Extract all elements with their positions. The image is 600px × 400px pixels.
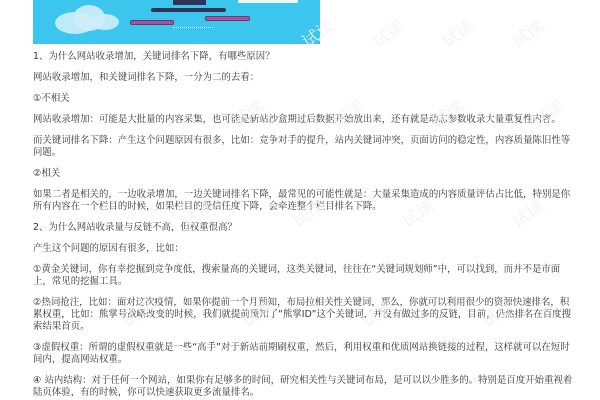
decorative-bar — [130, 20, 174, 25]
decorative-bar — [205, 16, 250, 21]
watermark-text: 试读 — [436, 13, 478, 53]
watermark-text: 试读 — [366, 13, 408, 53]
paragraph: 如果二者是相关的，一边收录增加，一边关键词排名下降，最常见的可能性就是：大量采集… — [33, 189, 578, 213]
paragraph: 产生这个问题的原因有很多，比如： — [33, 243, 578, 255]
cloud-shape — [91, 14, 119, 30]
paragraph: ①黄金关键词，你有幸挖掘到竞争度低，搜索量高的关键词，这类关键词，往往在“关键词… — [33, 264, 578, 288]
watermark-text: 试读 — [506, 13, 548, 53]
monitor-foot-icon — [151, 8, 226, 12]
paragraph: ④ 站内结构：对于任何一个网站，如果你有足够多的时间，研究相关性与关键词布局，是… — [33, 375, 578, 399]
paragraph: 而关键词排名下降：产生这个问题原因有很多，比如：竞争对手的提升，站内关键词冲突，… — [33, 135, 578, 159]
paragraph: 网站收录增加：可能是大批量的内容采集，也可能是新站沙盒期过后数据开始放出来，还有… — [33, 114, 578, 126]
article-banner-image — [33, 0, 320, 44]
dotted-line — [173, 27, 213, 28]
paragraph: 网站收录增加，和关键词排名下降，一分为二的去看： — [33, 72, 578, 84]
sub-heading: ②相关 — [33, 168, 578, 180]
article-body: 1、为什么网站收录增加，关键词排名下降，有哪些原因？ 网站收录增加，和关键词排名… — [33, 51, 578, 400]
screen-shape — [238, 0, 298, 3]
paragraph: ②热词抢注，比如：面对这次疫情，如果你提前一个月预知，布局拉相关性关键词，那么，… — [33, 297, 578, 333]
monitor-stand-icon — [173, 0, 206, 5]
section-heading: 1、为什么网站收录增加，关键词排名下降，有哪些原因？ — [33, 51, 578, 63]
section-heading: 2、为什么网站收录量与反链不高，但权重很高？ — [33, 222, 578, 234]
paragraph: ③虚假权重：所谓的虚假权重就是一些“高手”对于新站前期刷权重，然后，利用权重和优… — [33, 342, 578, 366]
sub-heading: ①不相关 — [33, 93, 578, 105]
